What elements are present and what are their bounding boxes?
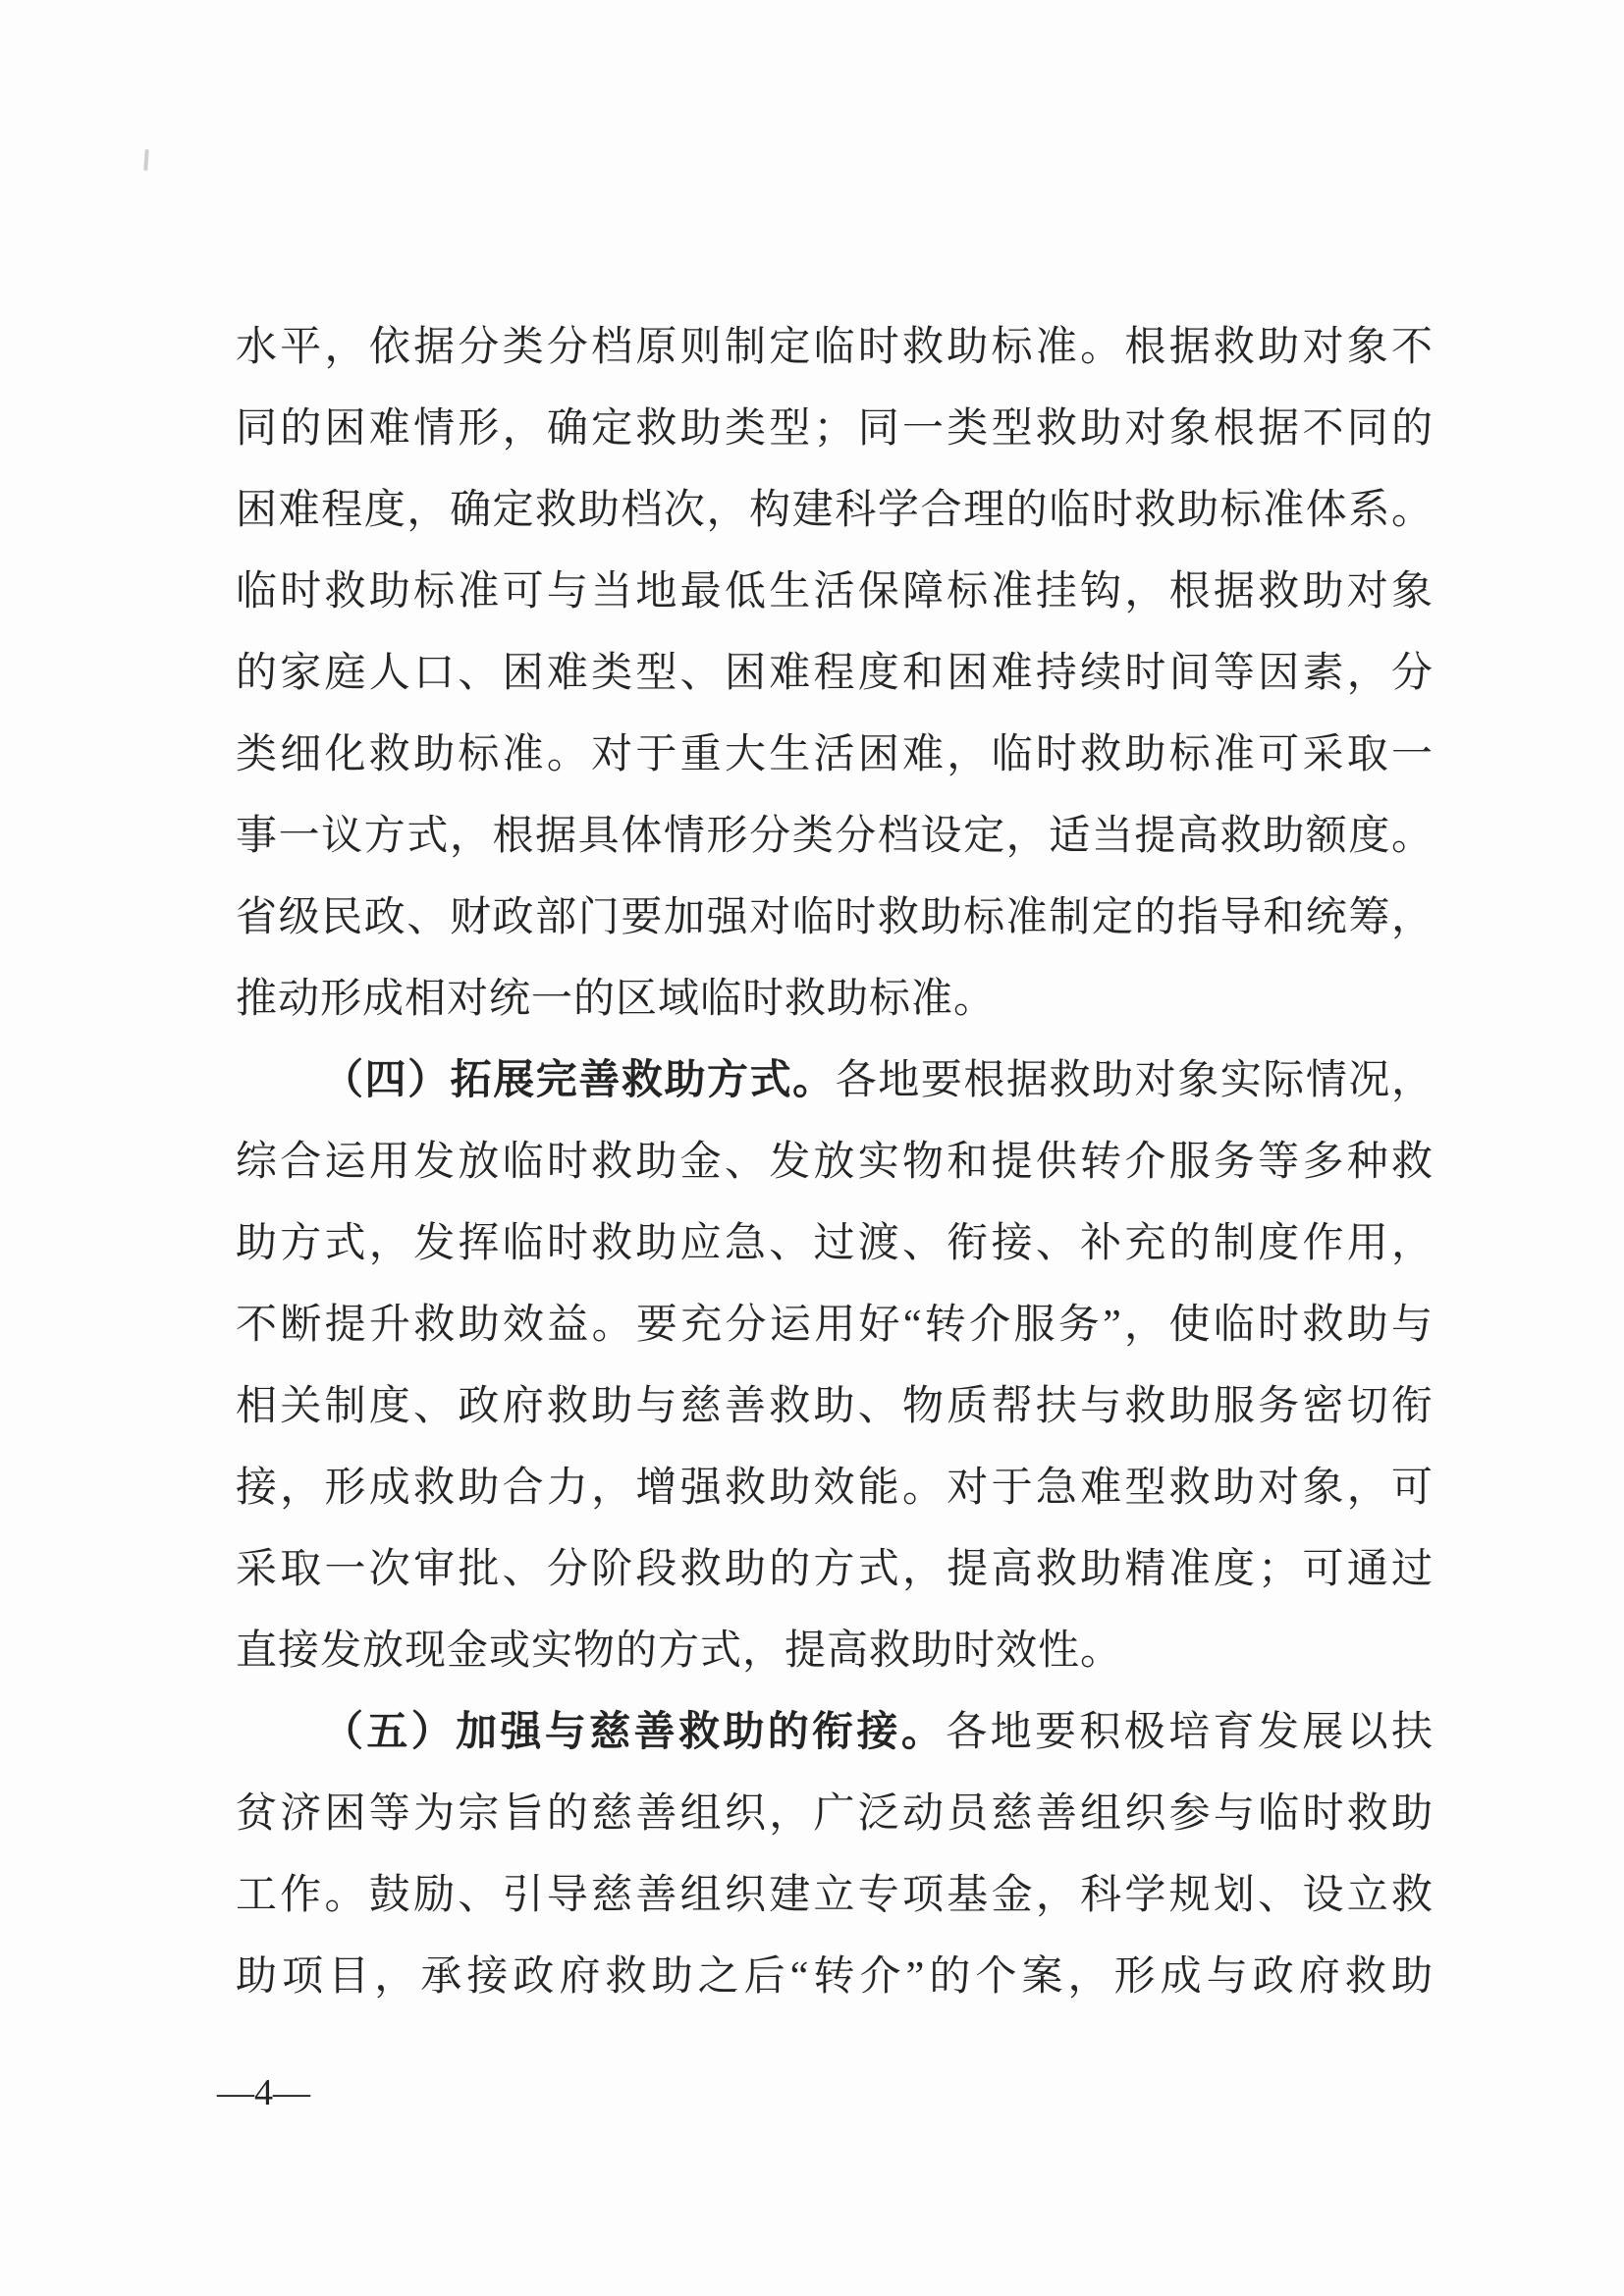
section-4-first-line-text: 各地要根据救助对象实际情况， [836, 1058, 1434, 1103]
text-line-6: 类细化救助标准。对于重大生活困难，临时救助标准可采取一 [236, 715, 1434, 796]
text-line-21: 助项目，承接政府救助之后“转介”的个案，形成与政府救助 [236, 1937, 1434, 2018]
document-body-text: 水平，依据分类分档原则制定临时救助标准。根据救助对象不 同的困难情形，确定救助类… [236, 307, 1434, 2018]
document-page: 水平，依据分类分档原则制定临时救助标准。根据救助对象不 同的困难情形，确定救助类… [0, 0, 1624, 2296]
section-5-first-line-text: 各地要积极培育发展以扶 [946, 1710, 1434, 1755]
section-4-heading: （四）拓展完善救助方式。 [322, 1058, 836, 1103]
text-line-15: 接，形成救助合力，增强救助效能。对于急难型救助对象，可 [236, 1448, 1434, 1529]
text-line-11: 综合运用发放临时救助金、发放实物和提供转介服务等多种救 [236, 1122, 1434, 1203]
text-line-2: 同的困难情形，确定救助类型；同一类型救助对象根据不同的 [236, 389, 1434, 470]
text-line-14: 相关制度、政府救助与慈善救助、物质帮扶与救助服务密切衔 [236, 1366, 1434, 1448]
text-line-3: 困难程度，确定救助档次，构建科学合理的临时救助标准体系。 [236, 470, 1434, 552]
text-line-1: 水平，依据分类分档原则制定临时救助标准。根据救助对象不 [236, 307, 1434, 389]
scan-artifact [143, 149, 149, 171]
text-line-8: 省级民政、财政部门要加强对临时救助标准制定的指导和统筹， [236, 878, 1434, 959]
text-line-7: 事一议方式，根据具体情形分类分档设定，适当提高救助额度。 [236, 796, 1434, 878]
text-line-13: 不断提升救助效益。要充分运用好“转介服务”，使临时救助与 [236, 1285, 1434, 1366]
text-line-18-section-5-start: （五）加强与慈善救助的衔接。各地要积极培育发展以扶 [236, 1692, 1434, 1774]
text-line-16: 采取一次审批、分阶段救助的方式，提高救助精准度；可通过 [236, 1529, 1434, 1611]
text-line-5: 的家庭人口、困难类型、困难程度和困难持续时间等因素，分 [236, 633, 1434, 715]
text-line-20: 工作。鼓励、引导慈善组织建立专项基金，科学规划、设立救 [236, 1855, 1434, 1937]
text-line-4: 临时救助标准可与当地最低生活保障标准挂钩，根据救助对象 [236, 552, 1434, 633]
text-line-9-paragraph-end: 推动形成相对统一的区域临时救助标准。 [236, 959, 1434, 1041]
text-line-17-paragraph-end: 直接发放现金或实物的方式，提高救助时效性。 [236, 1611, 1434, 1692]
text-line-12: 助方式，发挥临时救助应急、过渡、衔接、补充的制度作用， [236, 1203, 1434, 1285]
text-line-19: 贫济困等为宗旨的慈善组织，广泛动员慈善组织参与临时救助 [236, 1774, 1434, 1855]
section-5-heading: （五）加强与慈善救助的衔接。 [322, 1710, 946, 1755]
page-number: —4— [217, 2073, 310, 2112]
text-line-10-section-4-start: （四）拓展完善救助方式。各地要根据救助对象实际情况， [236, 1041, 1434, 1122]
